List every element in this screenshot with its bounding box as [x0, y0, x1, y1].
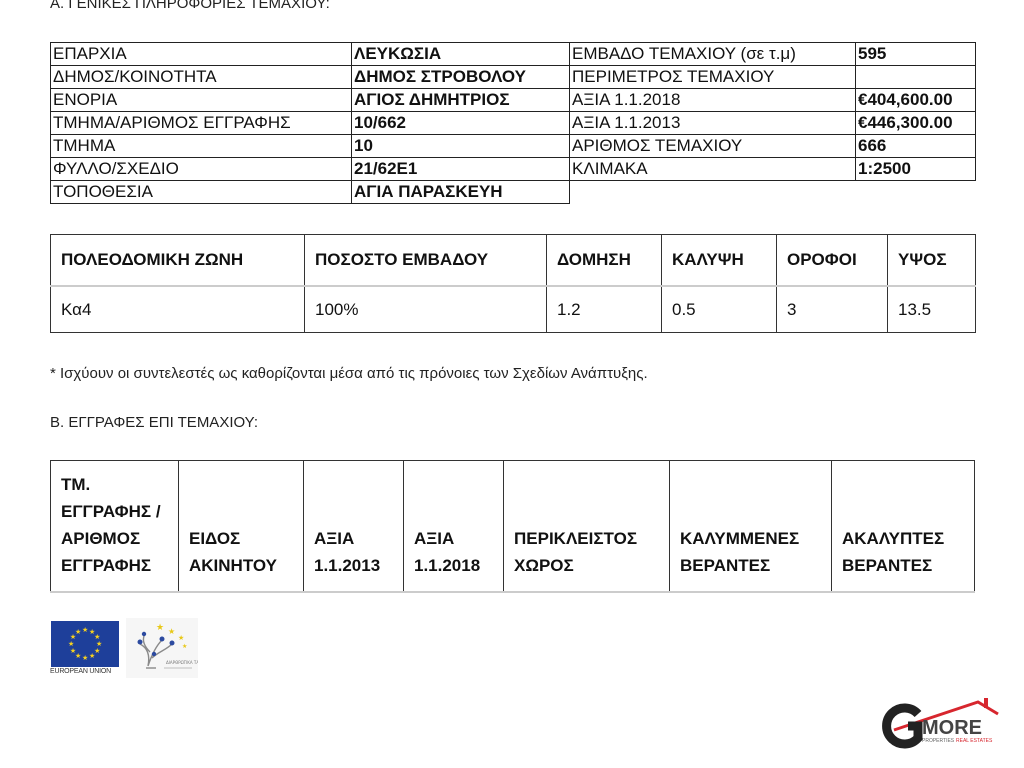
column-header: ΠΟΛΕΟΔΟΜΙΚΗ ΖΩΝΗ [51, 235, 305, 287]
coverage-cell: 0.5 [662, 286, 777, 333]
star-icon: ★ [70, 648, 76, 655]
column-header: ΠΟΣΟΣΤΟ ΕΜΒΑΔΟΥ [305, 235, 547, 287]
column-header: ΔΟΜΗΣΗ [547, 235, 662, 287]
building-density-cell: 1.2 [547, 286, 662, 333]
column-header: ΑΚΑΛΥΠΤΕΣ ΒΕΡΑΝΤΕΣ [832, 461, 975, 593]
star-icon: ★ [94, 634, 100, 641]
value-cell: 1:2500 [856, 158, 976, 181]
star-icon: ★ [68, 641, 74, 648]
table-header-row: ΠΟΛΕΟΔΟΜΙΚΗ ΖΩΝΗ ΠΟΣΟΣΤΟ ΕΜΒΑΔΟΥ ΔΟΜΗΣΗ … [51, 235, 976, 287]
column-header: ΠΕΡΙΚΛΕΙΣΤΟΣ ΧΩΡΟΣ [504, 461, 670, 593]
zoning-table: ΠΟΛΕΟΔΟΜΙΚΗ ΖΩΝΗ ΠΟΣΟΣΤΟ ΕΜΒΑΔΟΥ ΔΟΜΗΣΗ … [50, 234, 976, 333]
brand-tagline-properties: PROPERTIES [922, 738, 955, 744]
table-row: ΤΜΗΜΑ 10 ΑΡΙΘΜΟΣ ΤΕΜΑΧΙΟΥ 666 [51, 135, 976, 158]
table-row: ΕΝΟΡΙΑ ΑΓΙΟΣ ΔΗΜΗΤΡΙΟΣ ΑΞΙΑ 1.1.2018 €40… [51, 89, 976, 112]
table-row: Κα4 100% 1.2 0.5 3 13.5 [51, 286, 976, 333]
zoning-note: * Ισχύουν οι συντελεστές ως καθορίζονται… [50, 365, 648, 382]
label-cell: ΑΞΙΑ 1.1.2013 [570, 112, 856, 135]
height-cell: 13.5 [888, 286, 976, 333]
svg-text:★: ★ [168, 627, 175, 636]
section-b-title: Β. ΕΓΓΡΑΦΕΣ ΕΠΙ ΤΕΜΑΧΙΟΥ: [50, 414, 258, 431]
svg-text:★: ★ [182, 643, 187, 650]
value-cell: 21/62Ε1 [352, 158, 570, 181]
value-cell: 666 [856, 135, 976, 158]
column-header: ΚΑΛΥΨΗ [662, 235, 777, 287]
general-info-table: ΕΠΑΡΧΙΑ ΛΕΥΚΩΣΙΑ ΕΜΒΑΔΟ ΤΕΜΑΧΙΟΥ (σε τ.μ… [50, 42, 976, 204]
star-icon: ★ [89, 653, 95, 660]
eu-flag-logo: ★★★★★★★★★★★★ [51, 621, 119, 667]
column-header: ΤΜ. ΕΓΓΡΑΦΗΣ / ΑΡΙΘΜΟΣ ΕΓΓΡΑΦΗΣ [51, 461, 179, 593]
value-cell: ΛΕΥΚΩΣΙΑ [352, 43, 570, 66]
table-row: ΤΟΠΟΘΕΣΙΑ ΑΓΙΑ ΠΑΡΑΣΚΕΥΗ [51, 181, 976, 204]
column-header: ΥΨΟΣ [888, 235, 976, 287]
column-header: ΑΞΙΑ 1.1.2013 [304, 461, 404, 593]
table-row: ΕΠΑΡΧΙΑ ΛΕΥΚΩΣΙΑ ΕΜΒΑΔΟ ΤΕΜΑΧΙΟΥ (σε τ.μ… [51, 43, 976, 66]
value-cell: ΑΓΙΟΣ ΔΗΜΗΤΡΙΟΣ [352, 89, 570, 112]
brand-name: MORE [922, 717, 982, 739]
star-icon: ★ [82, 655, 88, 662]
value-cell: ΔΗΜΟΣ ΣΤΡΟΒΟΛΟΥ [352, 66, 570, 89]
star-icon: ★ [96, 641, 102, 648]
table-row: ΔΗΜΟΣ/ΚΟΙΝΟΤΗΤΑ ΔΗΜΟΣ ΣΤΡΟΒΟΛΟΥ ΠΕΡΙΜΕΤΡ… [51, 66, 976, 89]
label-cell: ΤΜΗΜΑ/ΑΡΙΘΜΟΣ ΕΓΓΡΑΦΗΣ [51, 112, 352, 135]
value-cell: 10 [352, 135, 570, 158]
floors-cell: 3 [777, 286, 888, 333]
table-header-row: ΤΜ. ΕΓΓΡΑΦΗΣ / ΑΡΙΘΜΟΣ ΕΓΓΡΑΦΗΣ ΕΙΔΟΣ ΑΚ… [51, 461, 975, 593]
value-cell: ΑΓΙΑ ΠΑΡΑΣΚΕΥΗ [352, 181, 570, 204]
structural-funds-logo: ★ ★ ★ ★ ΔΙΑΡΘΡΩΤΙΚΑ ΤΑΜΕΙΑ [126, 618, 198, 678]
column-header: ΕΙΔΟΣ ΑΚΙΝΗΤΟΥ [179, 461, 304, 593]
label-cell: ΤΜΗΜΑ [51, 135, 352, 158]
label-cell: ΑΞΙΑ 1.1.2018 [570, 89, 856, 112]
svg-text:★: ★ [156, 623, 164, 633]
column-header: ΟΡΟΦΟΙ [777, 235, 888, 287]
star-icon: ★ [75, 629, 81, 636]
label-cell: ΚΛΙΜΑΚΑ [570, 158, 856, 181]
table-row: ΤΜΗΜΑ/ΑΡΙΘΜΟΣ ΕΓΓΡΑΦΗΣ 10/662 ΑΞΙΑ 1.1.2… [51, 112, 976, 135]
eu-caption: EUROPEAN UNION [50, 668, 111, 675]
zone-cell: Κα4 [51, 286, 305, 333]
label-cell: ΕΝΟΡΙΑ [51, 89, 352, 112]
value-cell: €404,600.00 [856, 89, 976, 112]
label-cell: ΠΕΡΙΜΕΤΡΟΣ ΤΕΜΑΧΙΟΥ [570, 66, 856, 89]
column-header: ΚΑΛΥΜΜΕΝΕΣ ΒΕΡΑΝΤΕΣ [670, 461, 832, 593]
section-a-title: Α. ΓΕΝΙΚΕΣ ΠΛΗΡΟΦΟΡΙΕΣ ΤΕΜΑΧΙΟΥ: [50, 0, 330, 12]
column-header: ΑΞΙΑ 1.1.2018 [404, 461, 504, 593]
label-cell: ΑΡΙΘΜΟΣ ΤΕΜΑΧΙΟΥ [570, 135, 856, 158]
star-icon: ★ [82, 627, 88, 634]
value-cell [856, 66, 976, 89]
label-cell: ΤΟΠΟΘΕΣΙΑ [51, 181, 352, 204]
gmore-brand-logo: MORE PROPERTIES REAL ESTATES [880, 690, 1005, 750]
registrations-table: ΤΜ. ΕΓΓΡΑΦΗΣ / ΑΡΙΘΜΟΣ ΕΓΓΡΑΦΗΣ ΕΙΔΟΣ ΑΚ… [50, 460, 975, 593]
value-cell: €446,300.00 [856, 112, 976, 135]
structural-funds-caption: ΔΙΑΡΘΡΩΤΙΚΑ ΤΑΜΕΙΑ [166, 660, 198, 665]
value-cell: 595 [856, 43, 976, 66]
table-row: ΦΥΛΛΟ/ΣΧΕΔΙΟ 21/62Ε1 ΚΛΙΜΑΚΑ 1:2500 [51, 158, 976, 181]
label-cell: ΕΜΒΑΔΟ ΤΕΜΑΧΙΟΥ (σε τ.μ) [570, 43, 856, 66]
label-cell: ΕΠΑΡΧΙΑ [51, 43, 352, 66]
svg-text:★: ★ [178, 634, 184, 642]
brand-tagline-real-estates: REAL ESTATES [956, 738, 993, 744]
value-cell: 10/662 [352, 112, 570, 135]
area-percent-cell: 100% [305, 286, 547, 333]
label-cell: ΦΥΛΛΟ/ΣΧΕΔΙΟ [51, 158, 352, 181]
label-cell: ΔΗΜΟΣ/ΚΟΙΝΟΤΗΤΑ [51, 66, 352, 89]
